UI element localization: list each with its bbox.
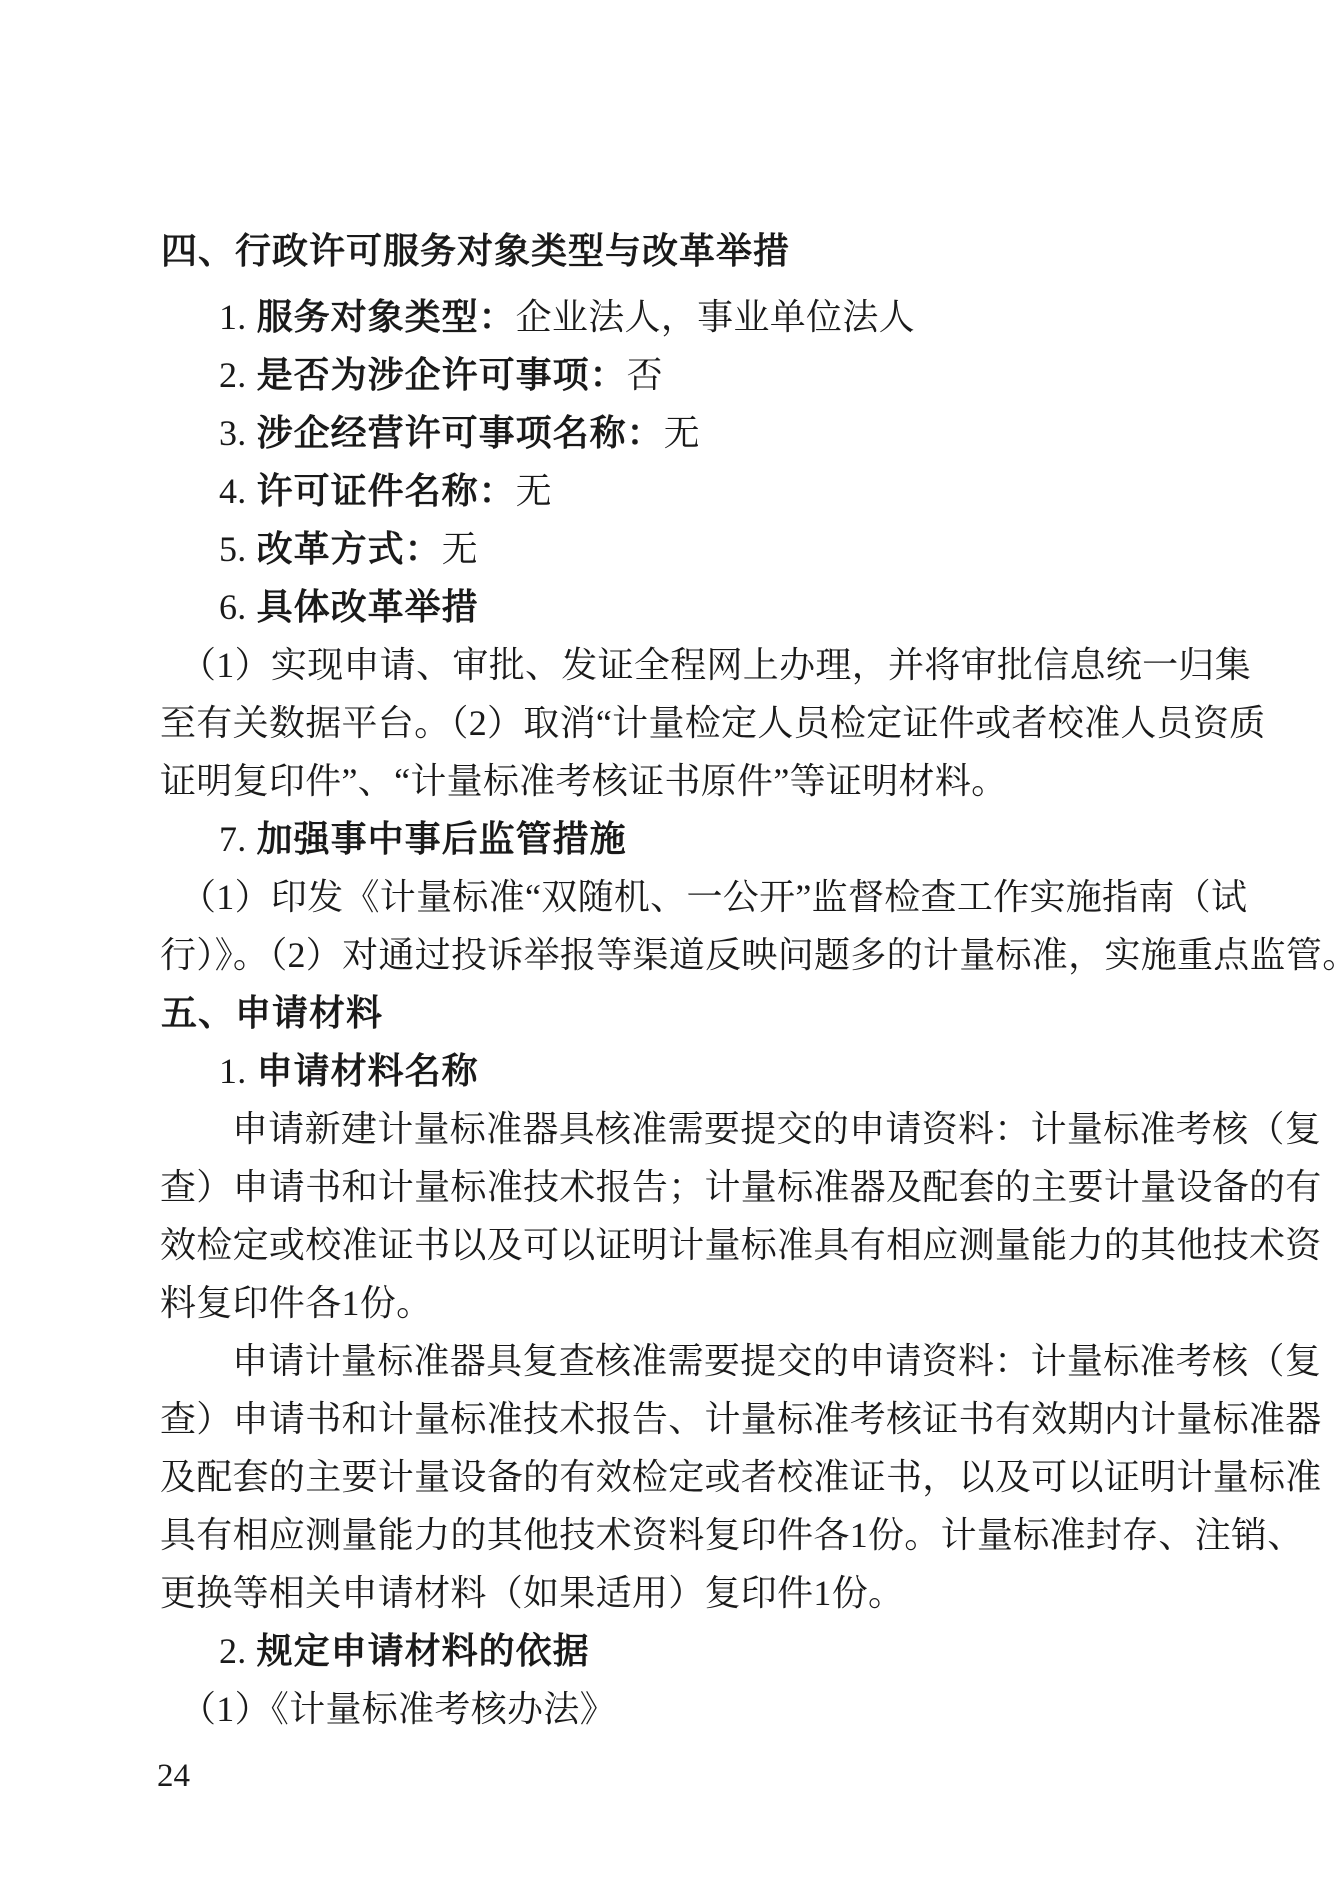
paragraph-line: 证明复印件”、“计量标准考核证书原件”等证明材料。	[160, 762, 1007, 801]
paragraph-line: （1）《计量标准考核办法》	[160, 1690, 616, 1729]
item-label: 具体改革举措	[257, 586, 479, 627]
item-value: 无	[516, 471, 552, 511]
section-heading: 四、行政许可服务对象类型与改革举措	[161, 232, 790, 271]
paragraph-line: 效检定或校准证书以及可以证明计量标准具有相应测量能力的其他技术资	[160, 1226, 1322, 1265]
numbered-item: 5.改革方式：无	[219, 530, 478, 569]
page-number: 24	[157, 1760, 190, 1793]
item-label: 申请材料名称	[257, 1050, 479, 1091]
numbered-item: 6.具体改革举措	[219, 588, 479, 627]
item-label: 许可证件名称：	[257, 470, 516, 511]
item-label: 服务对象类型：	[257, 296, 516, 337]
item-label: 涉企经营许可事项名称：	[257, 412, 664, 453]
item-label: 是否为涉企许可事项：	[257, 354, 627, 395]
item-number: 7.	[219, 819, 247, 859]
paragraph-line: 具有相应测量能力的其他技术资料复印件各1份。计量标准封存、注销、	[160, 1516, 1304, 1555]
item-number: 5.	[219, 529, 247, 569]
item-number: 4.	[219, 471, 247, 511]
numbered-item: 2.规定申请材料的依据	[219, 1632, 590, 1671]
item-number: 6.	[219, 587, 247, 627]
paragraph-line: 行）》。（2）对通过投诉举报等渠道反映问题多的计量标准，实施重点监管。	[160, 936, 1339, 975]
numbered-item: 4.许可证件名称：无	[219, 472, 552, 511]
item-value: 否	[627, 355, 663, 395]
paragraph-line: （1）印发《计量标准“双随机、一公开”监督检查工作实施指南（试	[160, 878, 1247, 917]
item-number: 2.	[219, 1631, 247, 1671]
item-number: 1.	[219, 297, 247, 337]
item-number: 2.	[219, 355, 247, 395]
paragraph-line: 申请计量标准器具复查核准需要提交的申请资料：计量标准考核（复	[160, 1342, 1321, 1381]
item-value: 企业法人，事业单位法人	[516, 297, 915, 337]
item-number: 3.	[219, 413, 247, 453]
numbered-item: 1.服务对象类型：企业法人，事业单位法人	[219, 298, 915, 337]
numbered-item: 1.申请材料名称	[219, 1052, 479, 1091]
paragraph-line: （1）实现申请、审批、发证全程网上办理，并将审批信息统一归集	[160, 646, 1251, 685]
paragraph-line: 及配套的主要计量设备的有效检定或者校准证书，以及可以证明计量标准	[160, 1458, 1322, 1497]
item-label: 规定申请材料的依据	[257, 1630, 590, 1671]
item-number: 1.	[219, 1051, 247, 1091]
paragraph-line: 申请新建计量标准器具核准需要提交的申请资料：计量标准考核（复	[160, 1110, 1321, 1149]
item-label: 加强事中事后监管措施	[257, 818, 627, 859]
paragraph-line: 料复印件各1份。	[160, 1284, 432, 1323]
numbered-item: 2.是否为涉企许可事项：否	[219, 356, 663, 395]
document-page: 四、行政许可服务对象类型与改革举措1.服务对象类型：企业法人，事业单位法人2.是…	[0, 0, 1339, 1890]
item-label: 改革方式：	[257, 528, 442, 569]
numbered-item: 7.加强事中事后监管措施	[219, 820, 627, 859]
paragraph-line: 更换等相关申请材料（如果适用）复印件1份。	[160, 1574, 904, 1613]
section-heading: 五、申请材料	[161, 994, 383, 1033]
paragraph-line: 查）申请书和计量标准技术报告、计量标准考核证书有效期内计量标准器	[160, 1400, 1322, 1439]
numbered-item: 3.涉企经营许可事项名称：无	[219, 414, 700, 453]
paragraph-line: 至有关数据平台。（2）取消“计量检定人员检定证件或者校准人员资质	[160, 704, 1266, 743]
paragraph-line: 查）申请书和计量标准技术报告；计量标准器及配套的主要计量设备的有	[160, 1168, 1322, 1207]
item-value: 无	[442, 529, 478, 569]
item-value: 无	[664, 413, 700, 453]
